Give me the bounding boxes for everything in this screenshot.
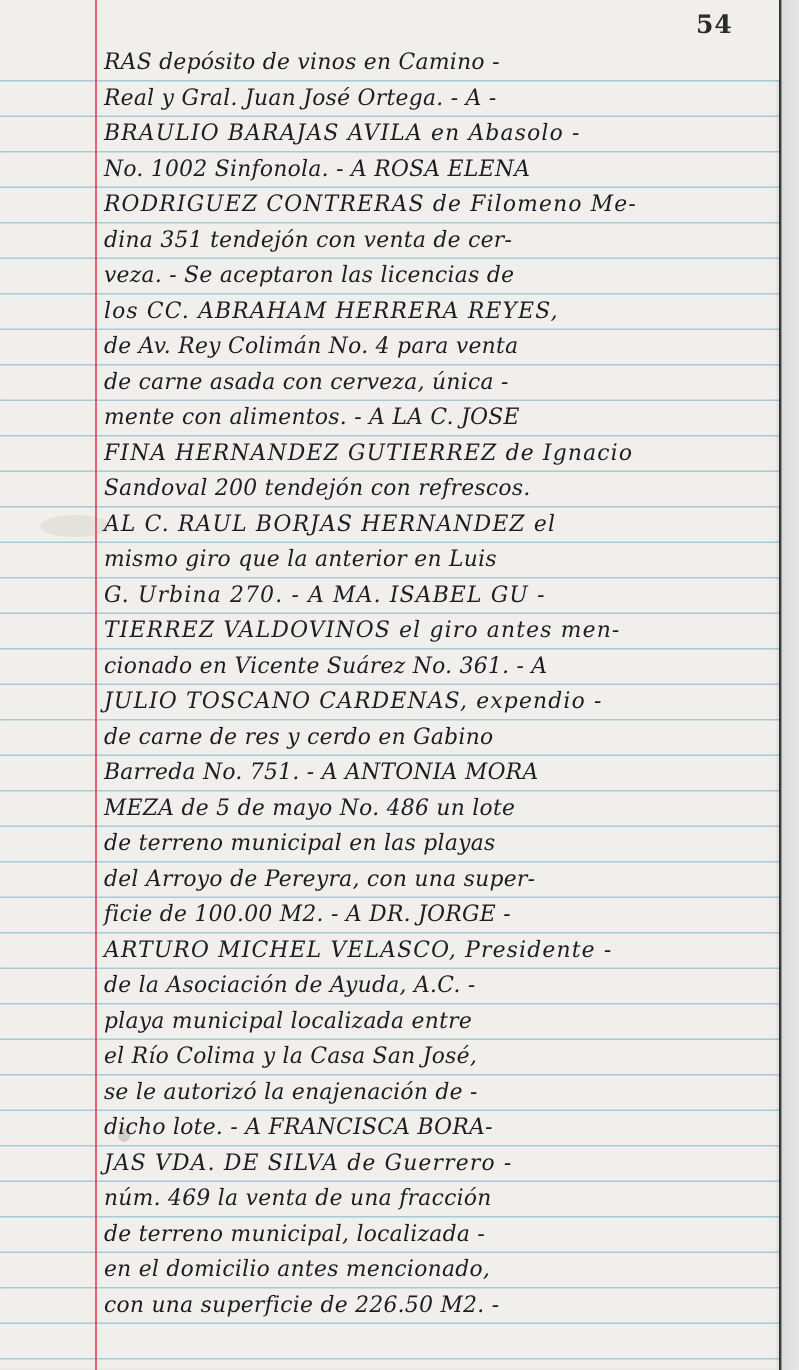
page-number: 54: [696, 10, 733, 39]
text-line: FINA HERNANDEZ GUTIERREZ de Ignacio: [98, 436, 772, 472]
text-line: No. 1002 Sinfonola. - A ROSA ELENA: [98, 152, 772, 188]
text-line: del Arroyo de Pereyra, con una super-: [98, 862, 772, 898]
text-line: TIERREZ VALDOVINOS el giro antes men-: [98, 613, 772, 649]
handwritten-text-block: RAS depósito de vinos en Camino - Real y…: [98, 45, 778, 1323]
text-line: dicho lote. - A FRANCISCA BORA-: [98, 1110, 772, 1146]
text-line: Real y Gral. Juan José Ortega. - A -: [98, 81, 772, 117]
text-line: de carne asada con cerveza, única -: [98, 365, 772, 401]
text-line: los CC. ABRAHAM HERRERA REYES,: [98, 294, 772, 330]
text-line: G. Urbina 270. - A MA. ISABEL GU -: [98, 578, 772, 614]
ledger-page: 54 RAS depósito de vinos en Camino - Rea…: [0, 0, 779, 1370]
text-line: de terreno municipal, localizada -: [98, 1217, 772, 1253]
text-line: RODRIGUEZ CONTRERAS de Filomeno Me-: [98, 187, 772, 223]
page-binding-edge: [779, 0, 799, 1370]
text-line: dina 351 tendejón con venta de cer-: [98, 223, 772, 259]
text-line: con una superficie de 226.50 M2. -: [98, 1288, 772, 1324]
text-line: Sandoval 200 tendejón con refrescos.: [98, 471, 772, 507]
red-margin-line: [95, 0, 97, 1370]
text-line: el Río Colima y la Casa San José,: [98, 1039, 772, 1075]
text-line: JULIO TOSCANO CARDENAS, expendio -: [98, 684, 772, 720]
text-line: de la Asociación de Ayuda, A.C. -: [98, 968, 772, 1004]
text-line: playa municipal localizada entre: [98, 1004, 772, 1040]
text-line: de terreno municipal en las playas: [98, 826, 772, 862]
text-line: mismo giro que la anterior en Luis: [98, 542, 772, 578]
text-line: AL C. RAUL BORJAS HERNANDEZ el: [98, 507, 772, 543]
text-line: de Av. Rey Colimán No. 4 para venta: [98, 329, 772, 365]
text-line: cionado en Vicente Suárez No. 361. - A: [98, 649, 772, 685]
text-line: MEZA de 5 de mayo No. 486 un lote: [98, 791, 772, 827]
text-line: ARTURO MICHEL VELASCO, Presidente -: [98, 933, 772, 969]
text-line: JAS VDA. DE SILVA de Guerrero -: [98, 1146, 772, 1182]
text-line: RAS depósito de vinos en Camino -: [98, 45, 772, 81]
text-line: se le autorizó la enajenación de -: [98, 1075, 772, 1111]
text-line: en el domicilio antes mencionado,: [98, 1252, 772, 1288]
text-line: veza. - Se aceptaron las licencias de: [98, 258, 772, 294]
text-line: núm. 469 la venta de una fracción: [98, 1181, 772, 1217]
text-line: BRAULIO BARAJAS AVILA en Abasolo -: [98, 116, 772, 152]
text-line: ficie de 100.00 M2. - A DR. JORGE -: [98, 897, 772, 933]
text-line: mente con alimentos. - A LA C. JOSE: [98, 400, 772, 436]
text-line: de carne de res y cerdo en Gabino: [98, 720, 772, 756]
text-line: Barreda No. 751. - A ANTONIA MORA: [98, 755, 772, 791]
